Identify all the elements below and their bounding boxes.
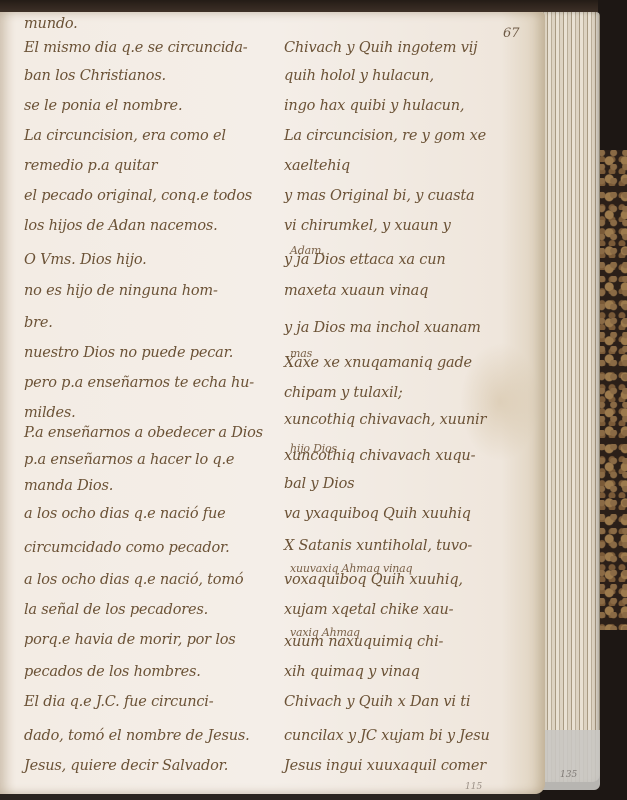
bottom-mark: 135 (560, 770, 577, 780)
manuscript-line: La circuncision, era como el (24, 128, 226, 144)
manuscript-line: bal y Dios (284, 476, 354, 492)
manuscript-line: se le ponia el nombre. (24, 98, 182, 114)
manuscript-line: cuncilax y JC xujam bi y Jesu (284, 728, 490, 744)
manuscript-line: xujam xqetal chike xau- (284, 602, 453, 618)
manuscript-line: Chivach y Quih x Dan vi ti (284, 694, 470, 710)
manuscript-line: xuum naxuquimiq chi- (284, 634, 443, 650)
manuscript-line: Jesus ingui xuuxaquil comer (284, 758, 486, 774)
marbled-endpaper (598, 150, 627, 630)
manuscript-line: va yxaquiboq Quih xuuhiq (284, 506, 471, 522)
manuscript-line: y mas Original bi, y cuasta (284, 188, 474, 204)
manuscript-line: el pecado original, conq.e todos (24, 188, 252, 204)
manuscript-line: la señal de los pecadores. (24, 602, 208, 618)
manuscript-line: voxaquiboq Quih xuuhiq, (284, 572, 463, 588)
manuscript-line: bre. (24, 315, 53, 331)
binding-top (0, 0, 627, 12)
manuscript-line: xuncothiq chivavach, xuunir (284, 412, 486, 428)
manuscript-line: El dia q.e J.C. fue circunci- (24, 694, 213, 710)
manuscript-line: a los ocho dias q.e nació, tomó (24, 572, 243, 588)
page-edges (540, 12, 600, 782)
manuscript-line: Xaxe xe xnuqamaniq gade (284, 355, 472, 371)
manuscript-line: mundo. (24, 16, 78, 32)
manuscript-page: 67 mundo.El mismo dia q.e se circuncida-… (0, 12, 545, 794)
manuscript-line: porq.e havia de morir, por los (24, 632, 236, 648)
manuscript-line: los hijos de Adan nacemos. (24, 218, 218, 234)
manuscript-line: mildes. (24, 405, 76, 421)
folio-number: 67 (503, 26, 520, 41)
manuscript-line: y ja Dios ettaca xa cun (284, 252, 445, 268)
manuscript-line: vi chirumkel, y xuaun y (284, 218, 451, 234)
manuscript-line: ban los Christianos. (24, 68, 166, 84)
water-stain (460, 342, 540, 462)
bottom-mark: 115 (465, 782, 482, 792)
manuscript-line: X Satanis xuntiholal, tuvo- (284, 538, 472, 554)
manuscript-line: maxeta xuaun vinaq (284, 283, 428, 299)
manuscript-line: circumcidado como pecador. (24, 540, 230, 556)
manuscript-line: pero p.a enseñarnos te echa hu- (24, 375, 254, 391)
manuscript-line: chipam y tulaxil; (284, 385, 403, 401)
manuscript-line: xuncothiq chivavach xuqu- (284, 448, 475, 464)
manuscript-line: ingo hax quibi y hulacun, (284, 98, 464, 114)
manuscript-line: xih quimaq y vinaq (284, 664, 420, 680)
manuscript-line: El mismo dia q.e se circuncida- (24, 40, 248, 56)
manuscript-line: O Vms. Dios hijo. (24, 252, 147, 268)
page-corner (540, 730, 600, 790)
manuscript-line: pecados de los hombres. (24, 664, 201, 680)
manuscript-line: p.a enseñarnos a hacer lo q.e (24, 452, 234, 468)
manuscript-line: La circuncision, re y gom xe (284, 128, 486, 144)
manuscript-line: xaeltehiq (284, 158, 350, 174)
manuscript-line: a los ocho dias q.e nació fue (24, 506, 225, 522)
manuscript-line: y ja Dios ma inchol xuanam (284, 320, 481, 336)
manuscript-line: Chivach y Quih ingotem vij (284, 40, 477, 56)
manuscript-line: no es hijo de ninguna hom- (24, 283, 218, 299)
manuscript-line: nuestro Dios no puede pecar. (24, 345, 233, 361)
manuscript-line: P.a enseñarnos a obedecer a Dios (24, 425, 263, 441)
manuscript-line: dado, tomó el nombre de Jesus. (24, 728, 250, 744)
manuscript-line: remedio p.a quitar (24, 158, 157, 174)
book-cover (598, 0, 627, 150)
manuscript-line: quih holol y hulacun, (284, 68, 434, 84)
manuscript-line: Jesus, quiere decir Salvador. (24, 758, 228, 774)
manuscript-line: manda Dios. (24, 478, 113, 494)
